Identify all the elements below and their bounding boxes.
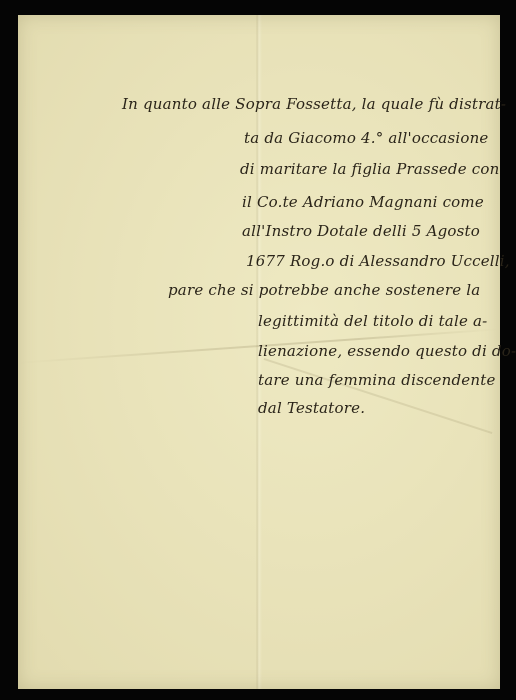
- text-line: dal Testatore.: [258, 399, 365, 417]
- paper-crease: [264, 358, 493, 434]
- text-line: ta da Giacomo 4.° all'occasione: [244, 129, 489, 147]
- text-line: all'Instro Dotale delli 5 Agosto: [242, 222, 480, 240]
- text-line: il Co.te Adriano Magnani come: [242, 193, 484, 211]
- text-line: tare una femmina discendente: [258, 371, 496, 389]
- text-line: 1677 Rog.o di Alessandro Uccelli,: [246, 252, 510, 270]
- text-line: lienazione, essendo questo di do-: [258, 342, 516, 360]
- manuscript-page: In quanto alle Sopra Fossetta, la quale …: [18, 15, 500, 689]
- text-line: pare che si potrebbe anche sostenere la: [168, 281, 480, 299]
- text-line: In quanto alle Sopra Fossetta, la quale …: [122, 95, 506, 113]
- text-line: di maritare la figlia Prassede con: [240, 160, 499, 178]
- text-line: legittimità del titolo di tale a-: [258, 312, 487, 330]
